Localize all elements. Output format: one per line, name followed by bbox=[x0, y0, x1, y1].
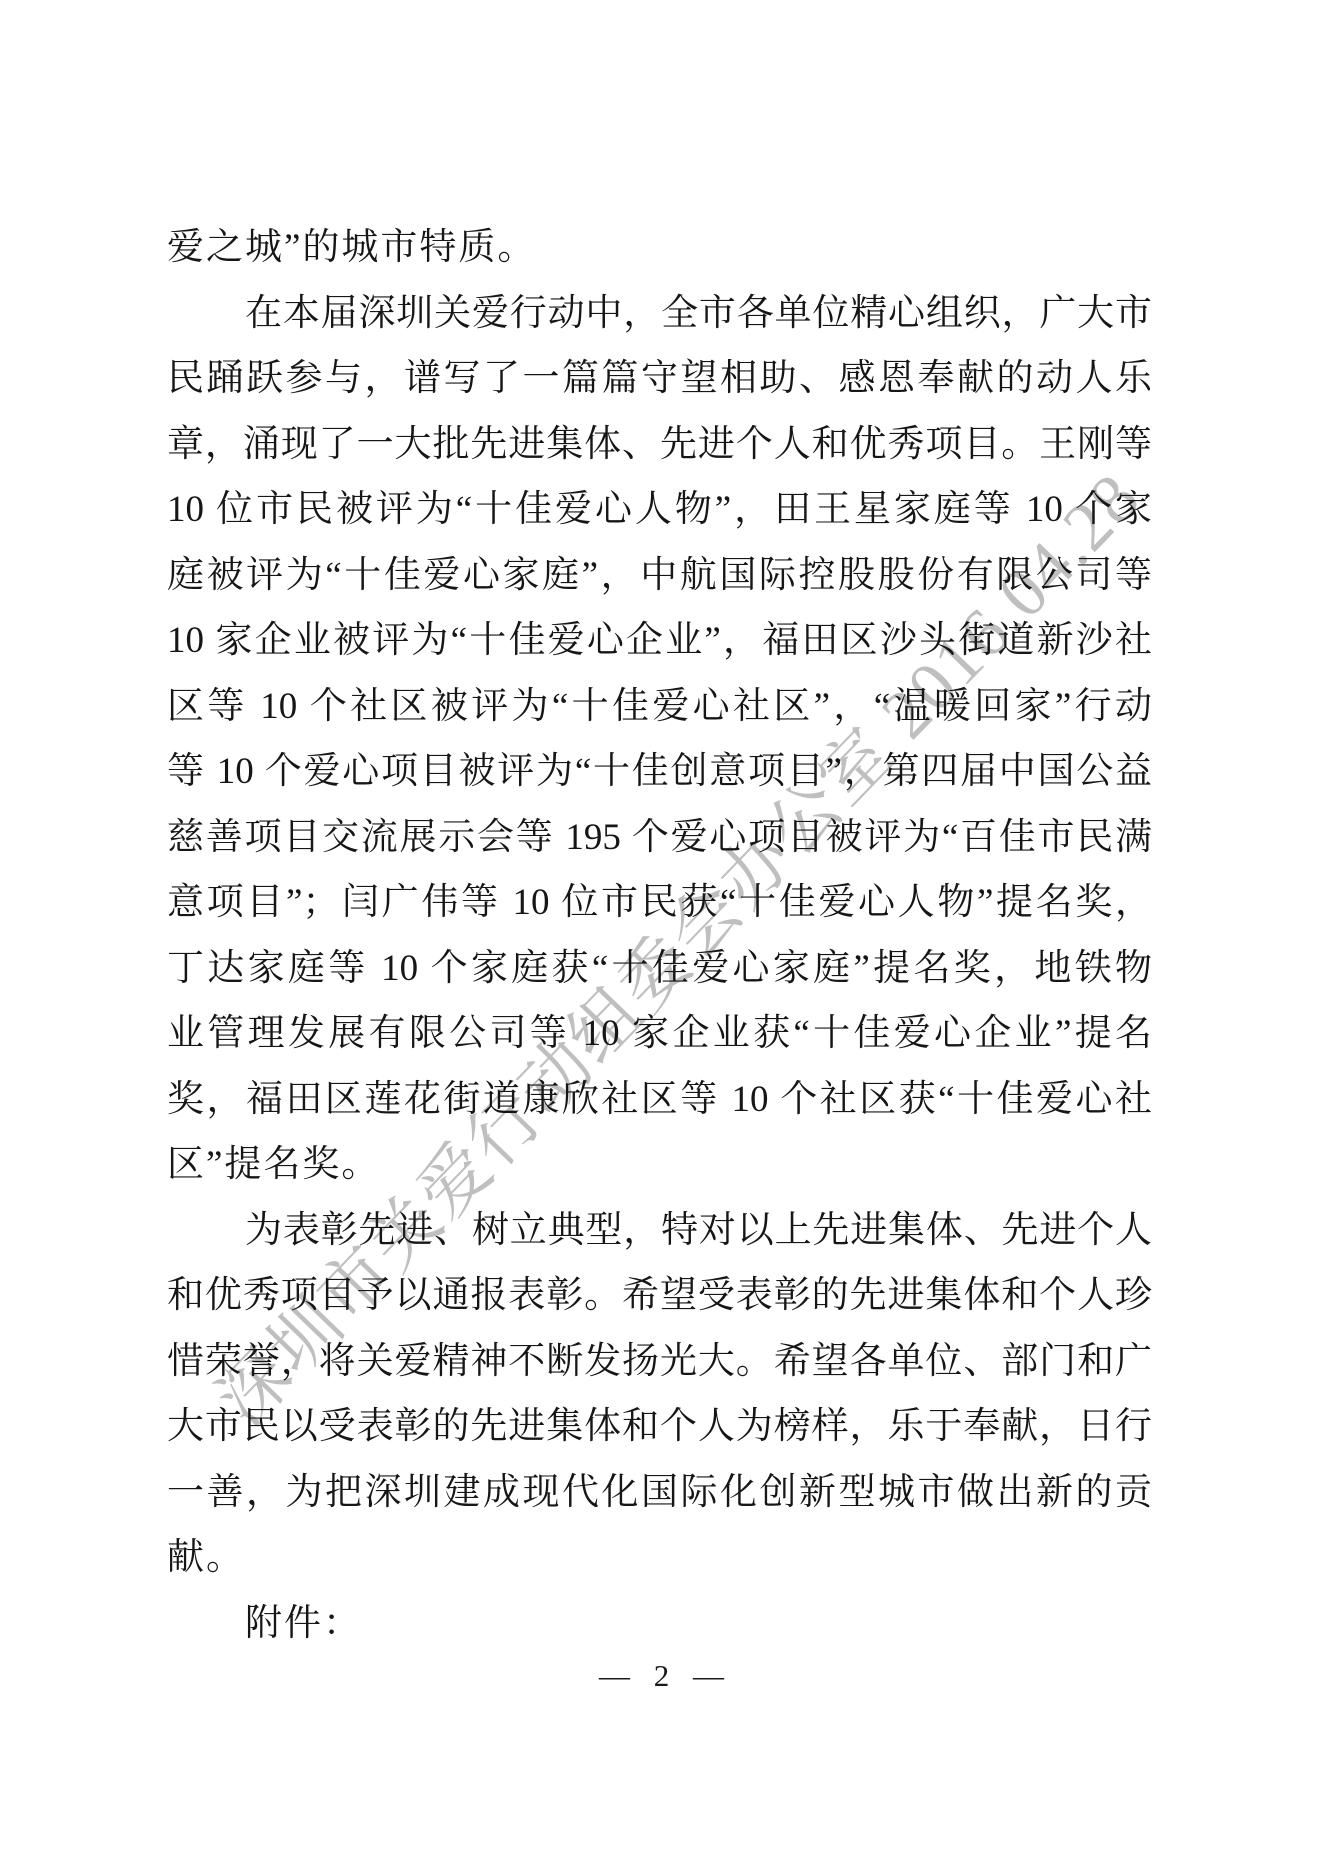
text-line: 区”提名奖。 bbox=[167, 1132, 1152, 1198]
text-line: 章，涌现了一大批先进集体、先进个人和优秀项目。王刚等 bbox=[167, 412, 1152, 478]
text-line: 丁达家庭等 10 个家庭获“十佳爱心家庭”提名奖，地铁物 bbox=[167, 936, 1152, 1002]
text-line: 业管理发展有限公司等 10 家企业获“十佳爱心企业”提名 bbox=[167, 1001, 1152, 1067]
document-body: 爱之城”的城市特质。 在本届深圳关爱行动中，全市各单位精心组织，广大市 民踊跃参… bbox=[167, 215, 1152, 1656]
text-line: 一善，为把深圳建成现代化国际化创新型城市做出新的贡 bbox=[167, 1460, 1152, 1526]
text-line: 区等 10 个社区被评为“十佳爱心社区”，“温暖回家”行动 bbox=[167, 674, 1152, 740]
text-line: 在本届深圳关爱行动中，全市各单位精心组织，广大市 bbox=[167, 281, 1152, 347]
text-line: 附件： bbox=[167, 1591, 1152, 1657]
text-line: 和优秀项目予以通报表彰。希望受表彰的先进集体和个人珍 bbox=[167, 1263, 1152, 1329]
document-page: 深圳市关爱行动组委会办公室 2016.04.28 爱之城”的城市特质。 在本届深… bbox=[0, 0, 1323, 1871]
text-line: 庭被评为“十佳爱心家庭”，中航国际控股股份有限公司等 bbox=[167, 543, 1152, 609]
text-line: 大市民以受表彰的先进集体和个人为榜样，乐于奉献，日行 bbox=[167, 1394, 1152, 1460]
text-line: 10 家企业被评为“十佳爱心企业”，福田区沙头街道新沙社 bbox=[167, 608, 1152, 674]
text-line: 民踊跃参与，谱写了一篇篇守望相助、感恩奉献的动人乐 bbox=[167, 346, 1152, 412]
text-line: 奖，福田区莲花街道康欣社区等 10 个社区获“十佳爱心社 bbox=[167, 1067, 1152, 1133]
text-line: 慈善项目交流展示会等 195 个爱心项目被评为“百佳市民满 bbox=[167, 805, 1152, 871]
text-line: 意项目”；闫广伟等 10 位市民获“十佳爱心人物”提名奖， bbox=[167, 870, 1152, 936]
text-line: 等 10 个爱心项目被评为“十佳创意项目”，第四届中国公益 bbox=[167, 739, 1152, 805]
text-line: 惜荣誉，将关爱精神不断发扬光大。希望各单位、部门和广 bbox=[167, 1329, 1152, 1395]
text-line: 10 位市民被评为“十佳爱心人物”，田王星家庭等 10 个家 bbox=[167, 477, 1152, 543]
text-line: 为表彰先进、树立典型，特对以上先进集体、先进个人 bbox=[167, 1198, 1152, 1264]
text-line: 爱之城”的城市特质。 bbox=[167, 215, 1152, 281]
page-number: — 2 — bbox=[0, 1658, 1323, 1694]
text-line: 献。 bbox=[167, 1525, 1152, 1591]
